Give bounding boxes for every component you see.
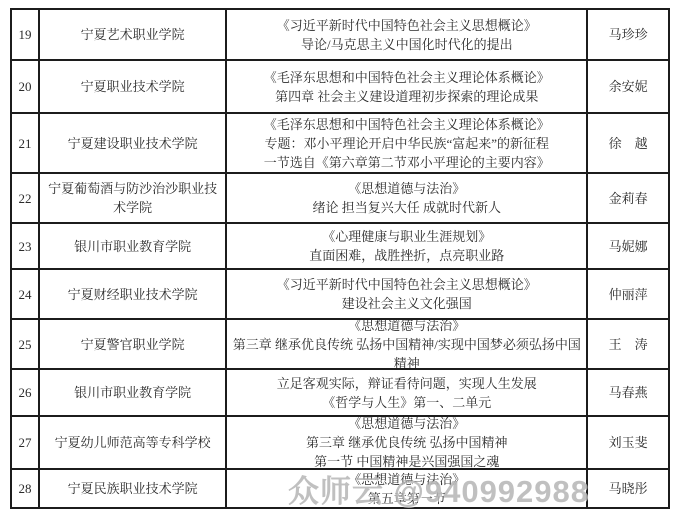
teacher-name: 仲丽萍	[588, 270, 670, 320]
school-name: 宁夏幼儿师范高等专科学校	[40, 417, 227, 470]
lesson-title-line: 第四章 社会主义建设道理初步探索的理论成果	[229, 87, 584, 106]
row-number: 24	[12, 270, 40, 320]
row-number: 22	[12, 174, 40, 224]
row-number: 25	[12, 320, 40, 370]
lesson-title-line: 《哲学与人生》第一、二单元	[229, 393, 584, 412]
lesson-title-line: 《思想道德与法治》	[229, 179, 584, 198]
teacher-name: 马妮娜	[588, 224, 670, 270]
lesson-title-line: 立足客观实际，辩证看待问题，实现人生发展	[229, 374, 584, 393]
lesson-title-line: 《毛泽东思想和中国特色社会主义理论体系概论》	[229, 68, 584, 87]
school-name: 宁夏建设职业技术学院	[40, 114, 227, 174]
lesson-title-line: 第一节 中国精神是兴国强国之魂	[229, 452, 584, 470]
row-number: 23	[12, 224, 40, 270]
lesson-title-line: 第五章第一节	[229, 489, 584, 508]
school-name: 银川市职业教育学院	[40, 370, 227, 417]
lesson-title-line: 《习近平新时代中国特色社会主义思想概论》	[229, 275, 584, 294]
lesson-title-line: 《思想道德与法治》	[229, 417, 584, 433]
table-row: 26银川市职业教育学院立足客观实际，辩证看待问题，实现人生发展《哲学与人生》第一…	[12, 370, 670, 417]
table-row: 27宁夏幼儿师范高等专科学校《思想道德与法治》第三章 继承优良传统 弘扬中国精神…	[12, 417, 670, 470]
school-name: 宁夏艺术职业学院	[40, 10, 227, 61]
teacher-name: 金莉春	[588, 174, 670, 224]
table-row: 24宁夏财经职业技术学院《习近平新时代中国特色社会主义思想概论》建设社会主义文化…	[12, 270, 670, 320]
lesson-title-line: 专题：邓小平理论开启中华民族“富起来”的新征程	[229, 134, 584, 153]
school-name: 宁夏葡萄酒与防沙治沙职业技术学院	[40, 174, 227, 224]
school-name: 宁夏民族职业技术学院	[40, 470, 227, 509]
lesson-title: 立足客观实际，辩证看待问题，实现人生发展《哲学与人生》第一、二单元	[227, 370, 588, 417]
table-row: 22宁夏葡萄酒与防沙治沙职业技术学院《思想道德与法治》绪论 担当复兴大任 成就时…	[12, 174, 670, 224]
lesson-title-line: 绪论 担当复兴大任 成就时代新人	[229, 198, 584, 217]
lesson-title-line: 《毛泽东思想和中国特色社会主义理论体系概论》	[229, 115, 584, 134]
lesson-title-line: 第三章 继承优良传统 弘扬中国精神/实现中国梦必须弘扬中国精神	[229, 335, 584, 371]
lesson-title: 《思想道德与法治》第五章第一节	[227, 470, 588, 509]
lesson-title-line: 《思想道德与法治》	[229, 470, 584, 489]
lesson-title: 《毛泽东思想和中国特色社会主义理论体系概论》第四章 社会主义建设道理初步探索的理…	[227, 61, 588, 114]
document-page: 19宁夏艺术职业学院《习近平新时代中国特色社会主义思想概论》导论/马克思主义中国…	[0, 0, 678, 512]
table-row: 21宁夏建设职业技术学院《毛泽东思想和中国特色社会主义理论体系概论》专题：邓小平…	[12, 114, 670, 174]
row-number: 19	[12, 10, 40, 61]
teacher-name: 王 涛	[588, 320, 670, 370]
table-row: 23银川市职业教育学院《心理健康与职业生涯规划》直面困难，战胜挫折，点亮职业路马…	[12, 224, 670, 270]
lesson-title: 《毛泽东思想和中国特色社会主义理论体系概论》专题：邓小平理论开启中华民族“富起来…	[227, 114, 588, 174]
lesson-title: 《思想道德与法治》第三章 继承优良传统 弘扬中国精神/实现中国梦必须弘扬中国精神	[227, 320, 588, 370]
teacher-name: 马春燕	[588, 370, 670, 417]
lesson-title: 《习近平新时代中国特色社会主义思想概论》建设社会主义文化强国	[227, 270, 588, 320]
lesson-title-line: 《习近平新时代中国特色社会主义思想概论》	[229, 16, 584, 35]
lesson-title-line: 第三章 继承优良传统 弘扬中国精神	[229, 433, 584, 452]
lesson-title: 《思想道德与法治》绪论 担当复兴大任 成就时代新人	[227, 174, 588, 224]
row-number: 20	[12, 61, 40, 114]
table-row: 25宁夏警官职业学院《思想道德与法治》第三章 继承优良传统 弘扬中国精神/实现中…	[12, 320, 670, 370]
teacher-name: 徐 越	[588, 114, 670, 174]
lesson-title-line: 一节选自《第六章第二节邓小平理论的主要内容》	[229, 153, 584, 172]
table-row: 28宁夏民族职业技术学院《思想道德与法治》第五章第一节马晓彤	[12, 470, 670, 509]
lesson-table: 19宁夏艺术职业学院《习近平新时代中国特色社会主义思想概论》导论/马克思主义中国…	[10, 8, 670, 509]
row-number: 26	[12, 370, 40, 417]
lesson-title-line: 《思想道德与法治》	[229, 320, 584, 335]
school-name: 宁夏职业技术学院	[40, 61, 227, 114]
teacher-name: 余安妮	[588, 61, 670, 114]
row-number: 21	[12, 114, 40, 174]
lesson-title: 《习近平新时代中国特色社会主义思想概论》导论/马克思主义中国化时代化的提出	[227, 10, 588, 61]
lesson-title-line: 建设社会主义文化强国	[229, 294, 584, 313]
school-name: 银川市职业教育学院	[40, 224, 227, 270]
lesson-title-line: 直面困难，战胜挫折，点亮职业路	[229, 246, 584, 265]
lesson-title-line: 《心理健康与职业生涯规划》	[229, 227, 584, 246]
lesson-title: 《心理健康与职业生涯规划》直面困难，战胜挫折，点亮职业路	[227, 224, 588, 270]
table-row: 20宁夏职业技术学院《毛泽东思想和中国特色社会主义理论体系概论》第四章 社会主义…	[12, 61, 670, 114]
teacher-name: 马珍珍	[588, 10, 670, 61]
school-name: 宁夏财经职业技术学院	[40, 270, 227, 320]
lesson-title-line: 导论/马克思主义中国化时代化的提出	[229, 35, 584, 54]
teacher-name: 马晓彤	[588, 470, 670, 509]
row-number: 27	[12, 417, 40, 470]
lesson-title: 《思想道德与法治》第三章 继承优良传统 弘扬中国精神第一节 中国精神是兴国强国之…	[227, 417, 588, 470]
table-row: 19宁夏艺术职业学院《习近平新时代中国特色社会主义思想概论》导论/马克思主义中国…	[12, 10, 670, 61]
teacher-name: 刘玉斐	[588, 417, 670, 470]
school-name: 宁夏警官职业学院	[40, 320, 227, 370]
row-number: 28	[12, 470, 40, 509]
